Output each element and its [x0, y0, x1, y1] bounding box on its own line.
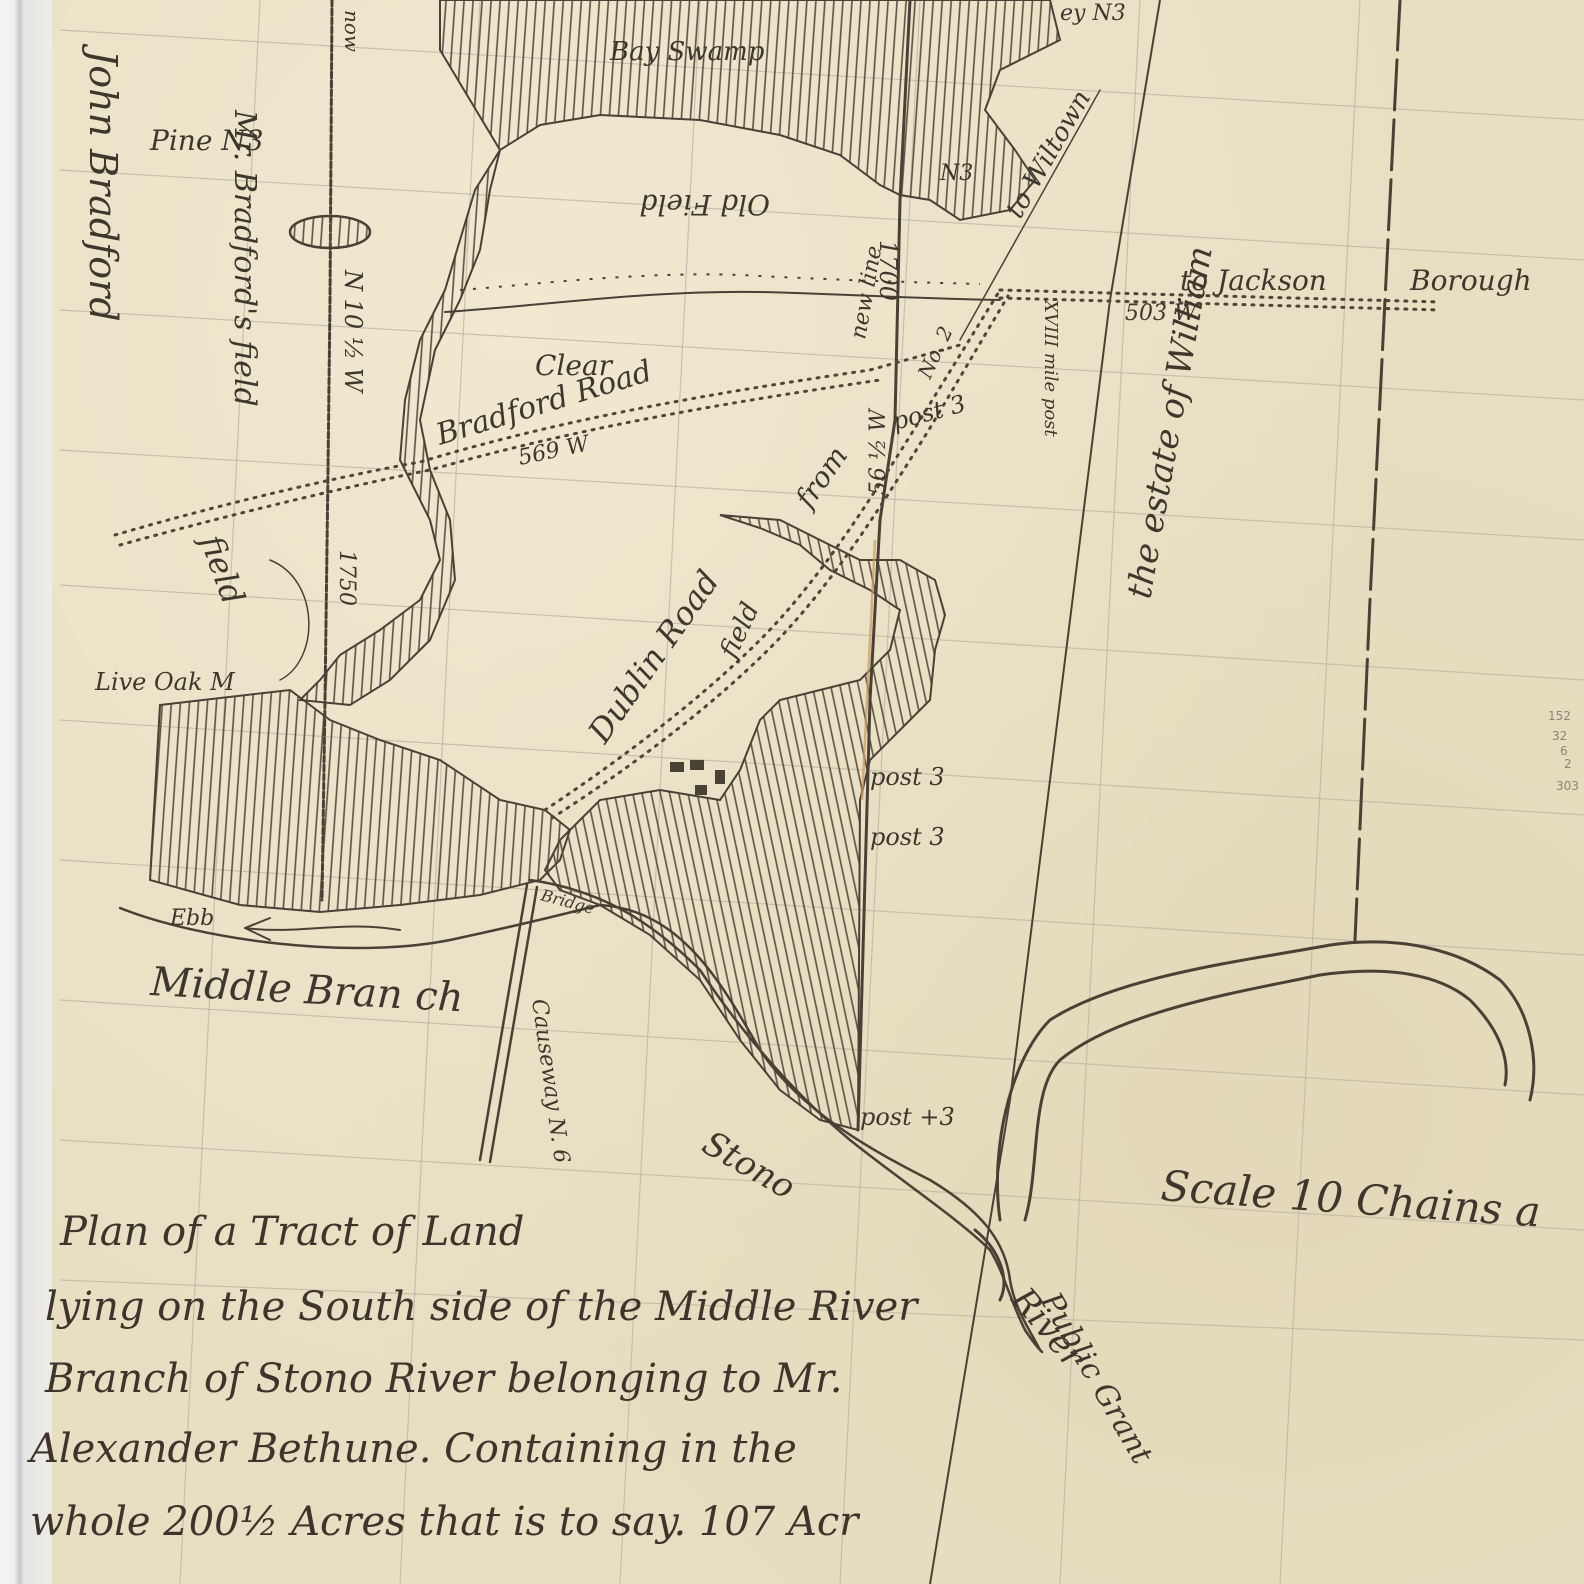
svg-text:32: 32 — [1552, 729, 1567, 743]
scale-note: Scale 10 Chains a — [1159, 1161, 1542, 1236]
title-cartouche: Plan of a Tract of Land lying on the Sou… — [26, 1209, 920, 1545]
svg-text:Alexander Bethune. Containing: Alexander Bethune. Containing in the — [26, 1426, 797, 1472]
label-mile-post: XVIII mile post — [1040, 298, 1061, 437]
svg-text:lying on the South side of the: lying on the South side of the Middle Ri… — [45, 1284, 920, 1330]
svg-text:2: 2 — [1564, 757, 1572, 771]
map-frame: Plan of a Tract of Land lying on the Sou… — [0, 0, 1584, 1584]
label-estate-william: the estate of William — [1119, 243, 1220, 601]
label-post-1: post 3 — [870, 763, 945, 791]
label-pine: Pine N3 — [149, 124, 264, 157]
label-public-grant: Public Grant — [1033, 1286, 1160, 1471]
label-clear: Clear — [535, 349, 614, 382]
label-no2: No. 2 — [912, 322, 957, 383]
label-east-distance: 56 ½ W — [866, 407, 891, 495]
svg-text:Plan of a Tract of Land: Plan of a Tract of Land — [59, 1209, 524, 1255]
label-causeway: Causeway N. 6 — [526, 997, 574, 1164]
label-middle-branch: Middle Bran ch — [148, 959, 464, 1021]
label-post-2: post 3 — [870, 823, 945, 851]
label-field-east: field — [713, 598, 765, 665]
label-west-distance: 1750 — [334, 550, 359, 606]
label-bradford-bearing: 569 W — [516, 431, 594, 471]
svg-text:303: 303 — [1556, 779, 1579, 793]
label-live-oak: Live Oak M — [94, 668, 236, 696]
svg-text:whole 200½ Acres that is to sa: whole 200½ Acres that is to say. 107 Acr — [30, 1499, 861, 1545]
label-old-field: Old Field — [639, 188, 770, 221]
label-field: field — [192, 528, 253, 610]
label-n3: N3 — [939, 161, 973, 186]
svg-text:152: 152 — [1548, 709, 1571, 723]
svg-text:Branch of Stono River belongin: Branch of Stono River belonging to Mr. — [44, 1356, 842, 1402]
lower-left-marsh — [150, 690, 570, 912]
label-ne-corner: ey N3 — [1060, 1, 1126, 26]
label-bay-swamp: Bay Swamp — [609, 37, 765, 67]
label-stono: Stono — [696, 1123, 802, 1208]
label-dublin-from: from — [788, 440, 855, 516]
label-west-top: now — [340, 10, 364, 52]
label-west-bearing: N 10 ½ W — [339, 269, 367, 395]
map-drawing: Plan of a Tract of Land lying on the Sou… — [0, 0, 1584, 1584]
margin-pencil-notes: 152 32 6 2 303 — [1548, 709, 1579, 793]
label-borough: Borough — [1409, 264, 1532, 297]
label-post-4: post +3 — [860, 1103, 955, 1131]
label-ebb: Ebb — [169, 906, 214, 931]
label-john-bradford: John Bradford — [81, 43, 125, 322]
label-dublin-road: Dublin Road — [580, 563, 727, 750]
svg-text:6: 6 — [1560, 744, 1568, 758]
